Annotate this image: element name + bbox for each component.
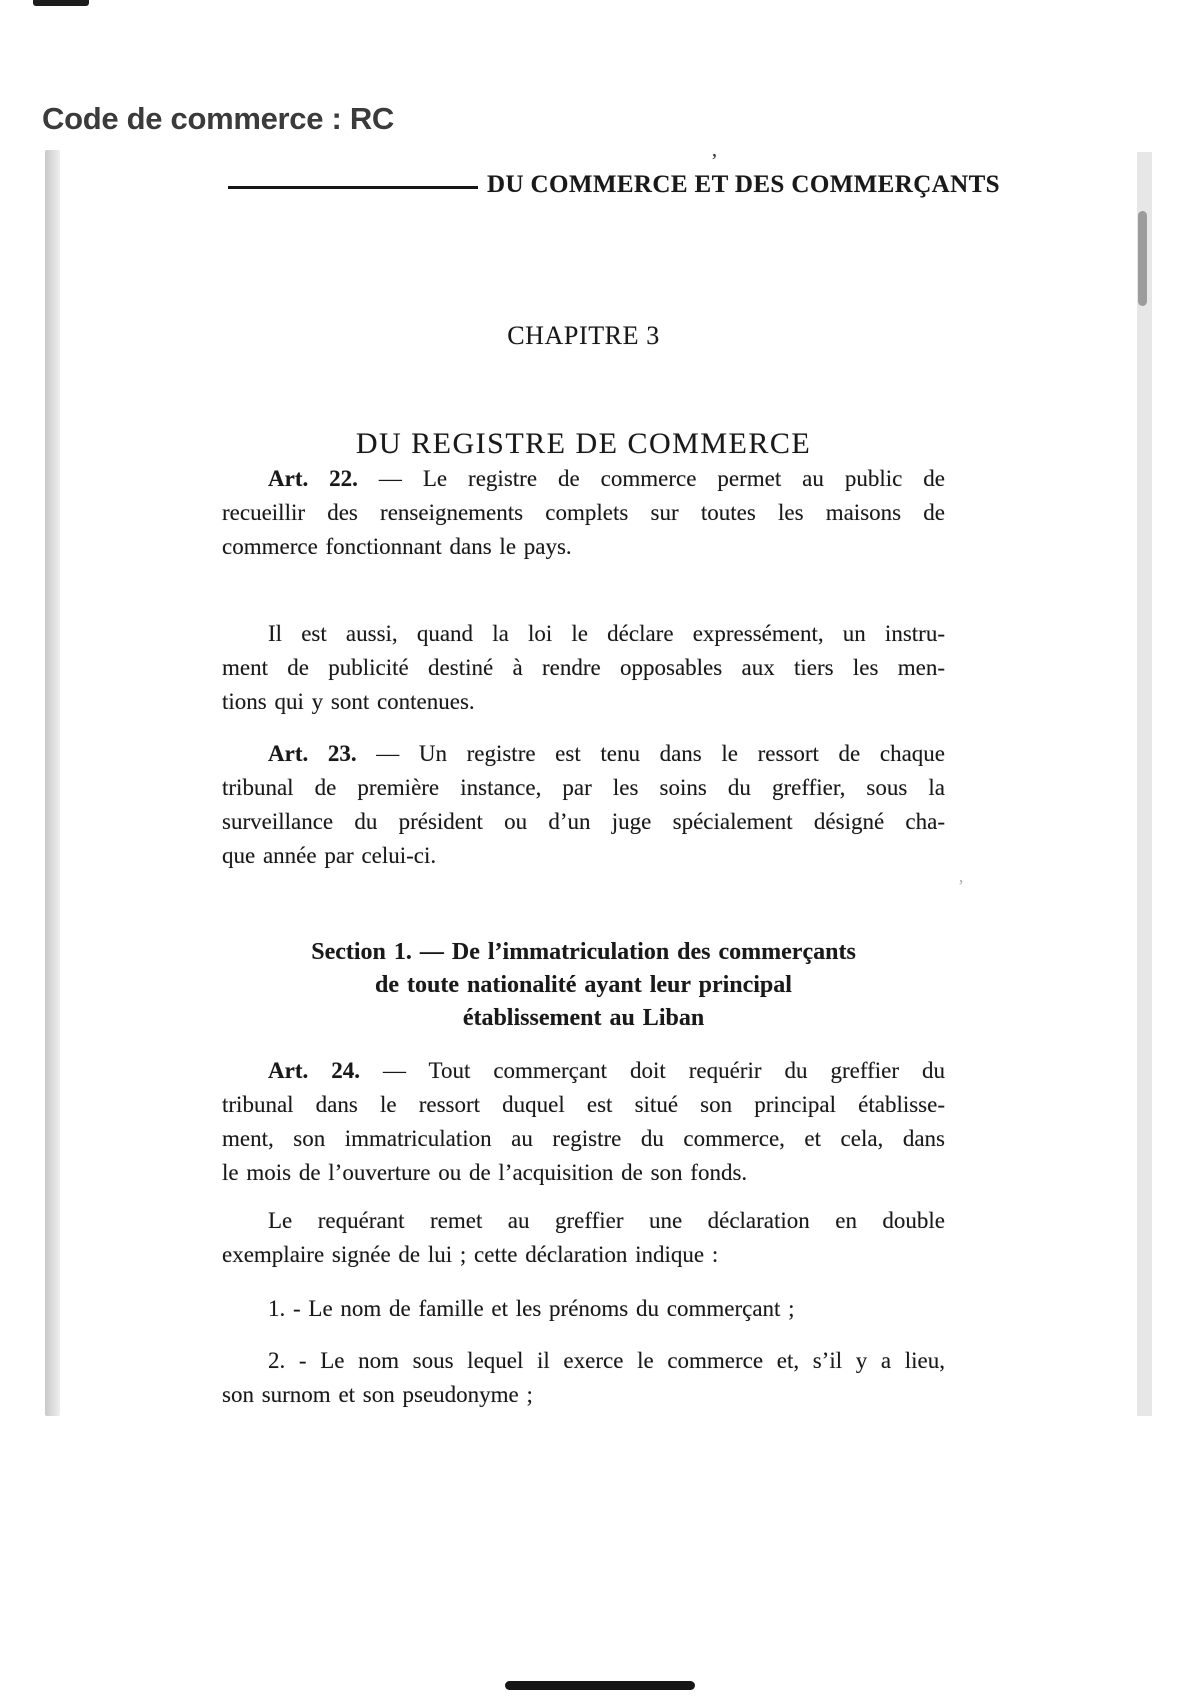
text-line: de toute nationalité ayant leur principa… — [222, 969, 945, 1002]
text-line: 2. - Le nom sous lequel il exerce le com… — [222, 1344, 945, 1378]
text-line: Section 1. — De l’immatriculation des co… — [222, 936, 945, 969]
chapter-label: CHAPITRE 3 — [222, 322, 945, 351]
text-line: exemplaire signée de lui ; cette déclara… — [222, 1238, 945, 1272]
text-line: tribunal dans le ressort duquel est situ… — [222, 1088, 945, 1122]
text-line: recueillir des renseignements complets s… — [222, 496, 945, 530]
paragraph: 1. - Le nom de famille et les prénoms du… — [222, 1292, 945, 1326]
scan-speck-right: ’ — [958, 876, 964, 897]
text-line: établissement au Liban — [222, 1002, 945, 1035]
text-line: 1. - Le nom de famille et les prénoms du… — [222, 1292, 945, 1326]
running-head-rule — [228, 186, 478, 189]
text-line: le mois de l’ouverture ou de l’acquisiti… — [222, 1156, 945, 1190]
text-line: Art. 22. — Le registre de commerce perme… — [222, 462, 945, 496]
text-line: son surnom et son pseudonyme ; — [222, 1378, 945, 1412]
text-line: tribunal de première instance, par les s… — [222, 771, 945, 805]
chapter-title: DU REGISTRE DE COMMERCE — [222, 427, 945, 460]
paragraph: Art. 24. — Tout commerçant doit requérir… — [222, 1054, 945, 1190]
scanned-document: ’ DU COMMERCE ET DES COMMERÇANTS CHAPITR… — [0, 0, 1200, 1696]
text-line: tions qui y sont contenues. — [222, 685, 945, 719]
paragraph: Il est aussi, quand la loi le déclare ex… — [222, 617, 945, 719]
paragraph: Art. 23. — Un registre est tenu dans le … — [222, 737, 945, 873]
home-indicator[interactable] — [505, 1681, 695, 1690]
text-line: surveillance du président ou d’un juge s… — [222, 805, 945, 839]
paragraph: Art. 22. — Le registre de commerce perme… — [222, 462, 945, 564]
scan-speck-top: ’ — [711, 150, 718, 173]
paragraph: Le requérant remet au greffier une décla… — [222, 1204, 945, 1272]
text-line: ment, son immatriculation au registre du… — [222, 1122, 945, 1156]
article-number: Art. 24. — [268, 1058, 360, 1083]
text-line: que année par celui-ci. — [222, 839, 945, 873]
article-number: Art. 23. — [268, 741, 357, 766]
text-line: Il est aussi, quand la loi le déclare ex… — [222, 617, 945, 651]
paragraph: 2. - Le nom sous lequel il exerce le com… — [222, 1344, 945, 1412]
article-number: Art. 22. — [268, 466, 358, 491]
text-line: commerce fonctionnant dans le pays. — [222, 530, 945, 564]
text-line: Le requérant remet au greffier une décla… — [222, 1204, 945, 1238]
text-line: Art. 23. — Un registre est tenu dans le … — [222, 737, 945, 771]
section-heading: Section 1. — De l’immatriculation des co… — [222, 936, 945, 1035]
text-line: ment de publicité destiné à rendre oppos… — [222, 651, 945, 685]
text-line: Art. 24. — Tout commerçant doit requérir… — [222, 1054, 945, 1088]
running-head: DU COMMERCE ET DES COMMERÇANTS — [487, 171, 1000, 200]
